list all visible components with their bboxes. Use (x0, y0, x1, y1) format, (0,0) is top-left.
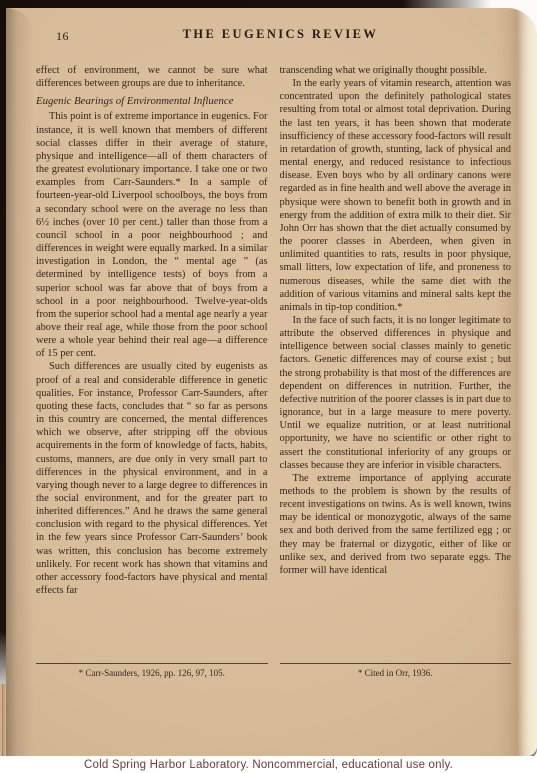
page-content: 16 THE EUGENICS REVIEW effect of environ… (36, 18, 511, 756)
right-column-body: transcending what we originally thought … (280, 64, 512, 661)
paragraph: In the face of such facts, it is no long… (280, 314, 512, 472)
watermark-text: Cold Spring Harbor Laboratory. Noncommer… (84, 759, 453, 771)
watermark-strip: Cold Spring Harbor Laboratory. Noncommer… (0, 756, 537, 773)
left-column-body: effect of environment, we cannot be sure… (36, 64, 268, 661)
paragraph: This point is of extreme importance in e… (36, 110, 268, 360)
footnote-rule (280, 663, 512, 664)
paragraph: In the early years of vitamin research, … (280, 77, 512, 314)
right-column: transcending what we originally thought … (280, 64, 512, 678)
footnote-left: * Carr-Saunders, 1926, pp. 126, 97, 105. (36, 663, 268, 678)
left-column: effect of environment, we cannot be sure… (36, 64, 268, 678)
paragraph: transcending what we originally thought … (280, 64, 512, 77)
paragraph: The extreme importance of applying accur… (280, 472, 512, 577)
page-number: 16 (56, 29, 69, 44)
two-column-text: effect of environment, we cannot be sure… (36, 64, 511, 678)
footnote-rule (36, 663, 268, 664)
page-header: 16 THE EUGENICS REVIEW (36, 24, 511, 50)
paragraph: effect of environment, we cannot be sure… (36, 64, 268, 90)
section-heading: Eugenic Bearings of Environmental Influe… (36, 95, 268, 108)
footnote-text: * Carr-Saunders, 1926, pp. 126, 97, 105. (36, 668, 268, 678)
scanned-book-page: 16 THE EUGENICS REVIEW effect of environ… (0, 0, 537, 773)
footnote-right: * Cited in Orr, 1936. (280, 663, 512, 678)
book-page-paper: 16 THE EUGENICS REVIEW effect of environ… (6, 8, 537, 756)
footnote-text: * Cited in Orr, 1936. (280, 668, 512, 678)
journal-title: THE EUGENICS REVIEW (36, 24, 511, 42)
paragraph: Such differences are usually cited by eu… (36, 360, 268, 597)
